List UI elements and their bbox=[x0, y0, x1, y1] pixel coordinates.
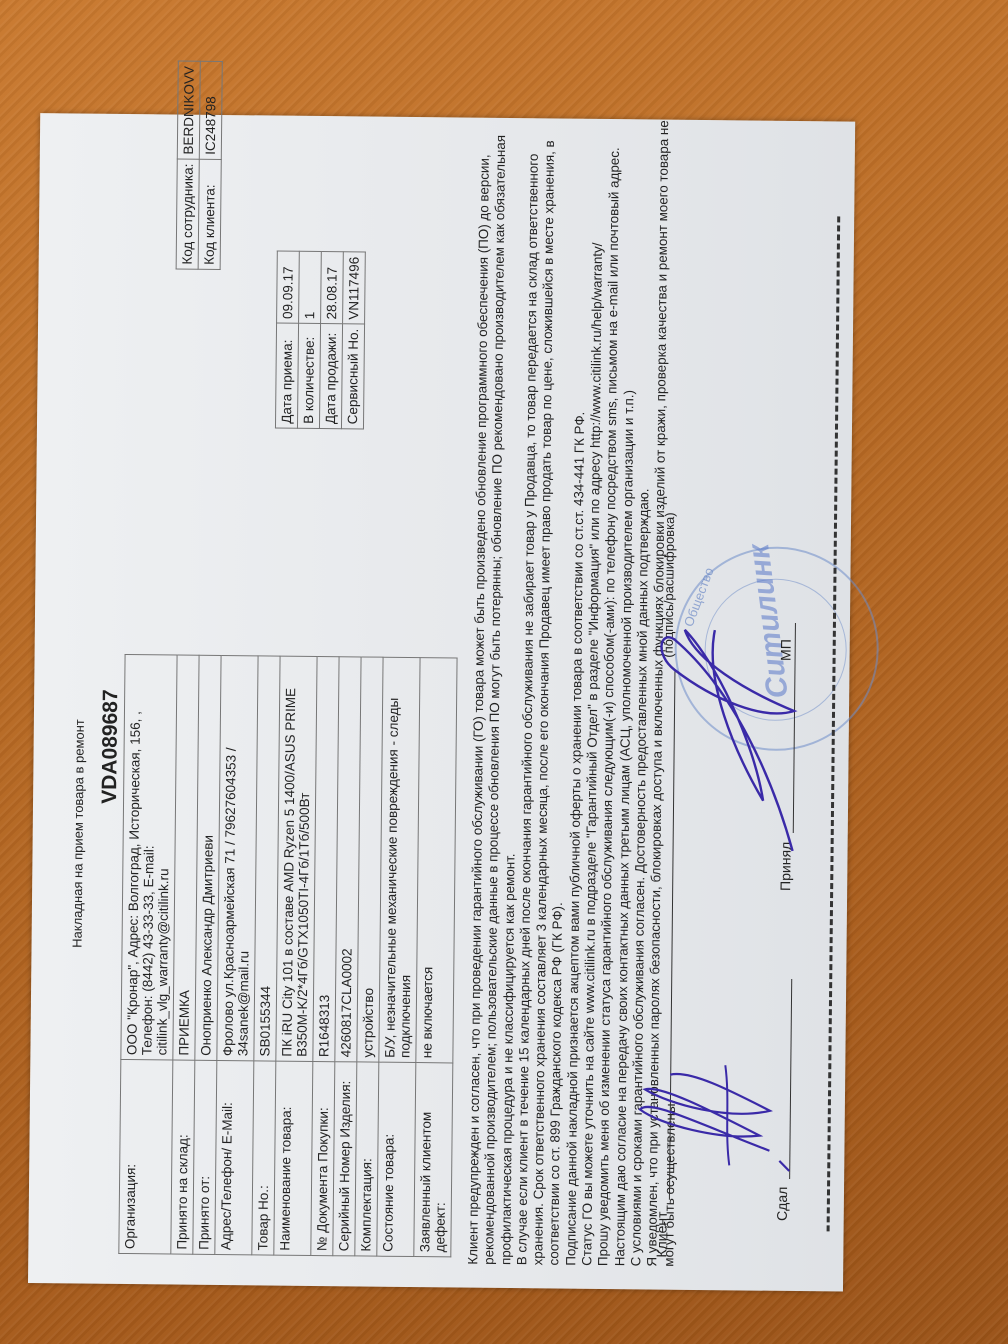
field-label: Серийный Номер Изделия: bbox=[333, 1062, 357, 1256]
field-label: Принято на склад: bbox=[171, 1060, 195, 1254]
field-label: Комплектация: bbox=[355, 1062, 379, 1256]
repair-intake-invoice: Накладная на прием товара в ремонт VDA08… bbox=[28, 113, 855, 1291]
table-row: Организация:ООО "Кронар", Адрес: Волгогр… bbox=[119, 654, 177, 1254]
document-number: VDA089687 bbox=[98, 689, 123, 804]
table-row: В количестве:1 bbox=[297, 252, 321, 429]
field-label: Состояние товара: bbox=[377, 1062, 416, 1256]
table-row: Наименование товара:ПК iRU City 101 в со… bbox=[274, 656, 317, 1255]
table-row: Сервисный Но.VN117496 bbox=[341, 252, 365, 429]
field-value: 1 bbox=[299, 252, 322, 324]
field-label: Дата приема: bbox=[275, 323, 298, 428]
table-row: Дата приема:09.09.17 bbox=[275, 252, 299, 429]
field-value: BERDNIKOVV bbox=[177, 61, 200, 159]
handed-label: Сдал bbox=[774, 1187, 790, 1221]
field-value: 28.08.17 bbox=[321, 252, 344, 324]
field-label: Код клиента: bbox=[198, 159, 221, 269]
field-value: ПК iRU City 101 в составе AMD Ryzen 5 14… bbox=[276, 656, 317, 1061]
field-label: В количестве: bbox=[297, 324, 320, 429]
table-row: Состояние товара:Б/У, незначительные мех… bbox=[377, 657, 420, 1256]
table-row: Заявленный клиентом дефект:не включается bbox=[414, 658, 457, 1257]
field-label: Дата продажи: bbox=[319, 324, 342, 429]
field-label: Заявленный клиентом дефект: bbox=[414, 1063, 453, 1257]
field-value: не включается bbox=[416, 658, 457, 1063]
field-value: 09.09.17 bbox=[277, 252, 300, 324]
table-row: Код сотрудника:BERDNIKOVV bbox=[176, 61, 200, 269]
receiver-signature-ink bbox=[652, 620, 815, 862]
field-value: Фролово ул.Красноармейская 71 / 79627604… bbox=[217, 655, 258, 1060]
table-row: Адрес/Телефон/ E-Mail:Фролово ул.Красноа… bbox=[215, 655, 258, 1254]
client-signature-ink bbox=[629, 1059, 800, 1181]
field-label: Товар Но.: bbox=[252, 1061, 276, 1255]
field-value: IC248798 bbox=[199, 62, 222, 160]
field-label: Сервисный Но. bbox=[341, 324, 364, 429]
field-value: ООО "Кронар", Адрес: Волгоград, Историче… bbox=[121, 654, 177, 1060]
field-value: Б/У, незначительные механические поврежд… bbox=[379, 657, 420, 1062]
table-row: Дата продажи:28.08.17 bbox=[319, 252, 343, 429]
field-label: Организация: bbox=[119, 1059, 173, 1254]
document-title: Накладная на прием товара в ремонт bbox=[66, 383, 90, 1283]
dates-table: Дата приема:09.09.17В количестве:1Дата п… bbox=[275, 251, 366, 429]
field-label: Адрес/Телефон/ E-Mail: bbox=[215, 1060, 254, 1254]
field-label: Наименование товара: bbox=[274, 1061, 313, 1255]
employee-client-table: Код сотрудника:BERDNIKOVVКод клиента:IC2… bbox=[176, 61, 223, 270]
field-label: № Документа Покупки: bbox=[311, 1061, 335, 1255]
client-label: Клиент bbox=[653, 1211, 669, 1257]
field-value: VN117496 bbox=[343, 252, 366, 324]
table-row: Код клиента:IC248798 bbox=[198, 62, 222, 270]
field-label: Принято от: bbox=[193, 1060, 217, 1254]
main-info-table: Организация:ООО "Кронар", Адрес: Волгогр… bbox=[118, 654, 457, 1257]
field-label: Код сотрудника: bbox=[176, 159, 199, 269]
